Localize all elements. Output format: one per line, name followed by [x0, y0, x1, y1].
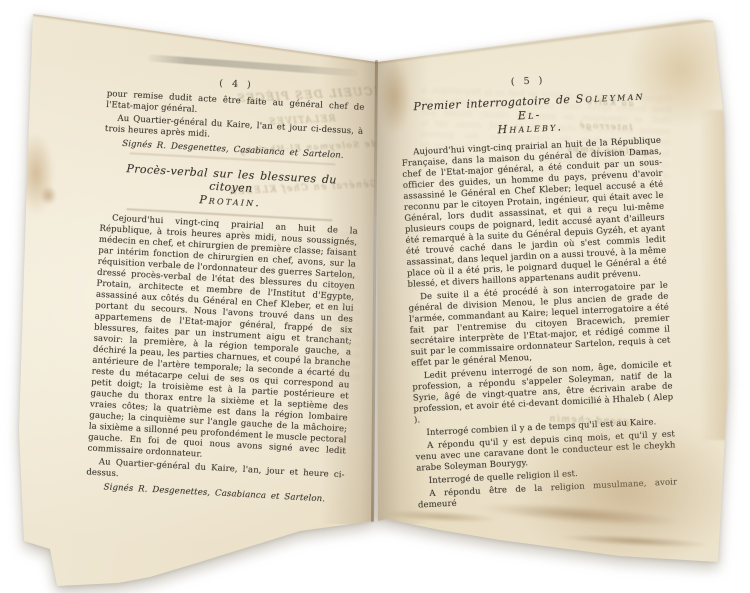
paper-stain: [558, 532, 710, 550]
paragraph: Cejourd'hui vingt-cinq prairial an huit …: [87, 212, 358, 468]
page-number: ( 5 ): [398, 70, 658, 93]
pamphlet-photo: Aujourd'hui vingt-cinq prairial an huit …: [0, 0, 750, 593]
paragraph: Aujourd'hui vingt-cinq prairial an huit …: [401, 135, 667, 290]
paper-stain: [18, 133, 54, 215]
open-pamphlet: Aujourd'hui vingt-cinq prairial an huit …: [0, 0, 750, 593]
heading-prefix: Premier interrogatoire de: [413, 93, 576, 114]
page-5-text: ( 5 ) Premier interrogatoire de Soleyman…: [398, 70, 678, 513]
section-heading: Premier interrogatoire de Soleyman El- H…: [399, 89, 661, 142]
paragraph: Ledit prévenu interrogé de son nom, âge,…: [412, 359, 674, 426]
gutter-shadow: [320, 54, 378, 524]
gutter-shadow: [377, 54, 429, 524]
paragraph: De suite il a été procédé à son interrog…: [408, 280, 671, 369]
paper-stain: [40, 186, 57, 205]
paper-stain: [700, 110, 728, 440]
